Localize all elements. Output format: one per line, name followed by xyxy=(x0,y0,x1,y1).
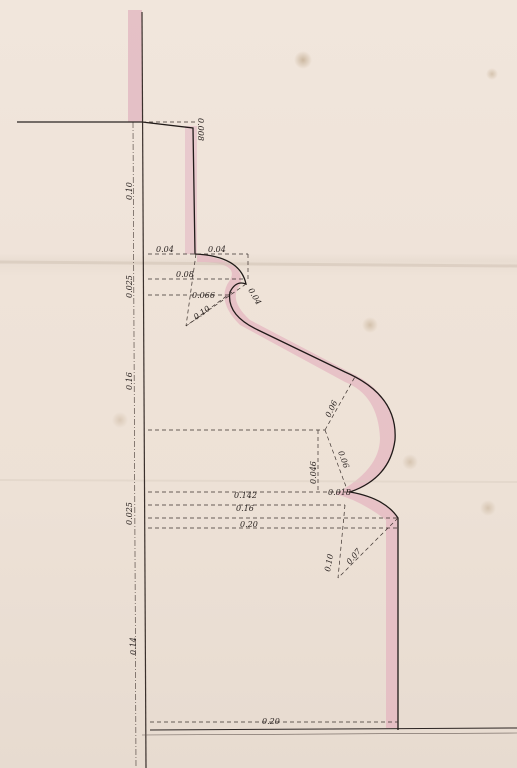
dim-ovolo-height: 0.046 xyxy=(309,461,318,484)
molding-profile-drawing: 0.008 0.10 0.04 0.04 0.08 0.066 0.025 0.… xyxy=(0,0,517,768)
dim-top-offset: 0.008 xyxy=(196,118,205,141)
dim-main-height: 0.16 xyxy=(125,372,134,390)
reference-lines xyxy=(17,12,517,768)
dim-small-radius: 0.04 xyxy=(246,287,263,307)
fold-line xyxy=(0,480,517,482)
dim-base-width: 0.20 xyxy=(262,717,280,726)
dim-width-3: 0.20 xyxy=(240,520,258,529)
dim-projection-d: 0.066 xyxy=(192,291,215,300)
dim-fillet-height: 0.10 xyxy=(125,182,134,200)
dim-step-offset: 0.018 xyxy=(328,488,351,497)
dim-projection-a: 0.04 xyxy=(156,245,174,254)
drawing-sheet: 0.008 0.10 0.04 0.04 0.08 0.066 0.025 0.… xyxy=(0,0,517,768)
dim-width-2: 0.16 xyxy=(236,504,254,513)
dim-base-height: 0.14 xyxy=(129,637,138,655)
dim-radius-long: 0.10 xyxy=(192,304,212,322)
dim-cove-r2: 0.07 xyxy=(345,546,364,566)
dim-lower-height: 0.025 xyxy=(125,502,134,525)
dim-cove-r1: 0.10 xyxy=(323,553,335,572)
dim-projection-b: 0.04 xyxy=(208,245,226,254)
profile-outline xyxy=(142,122,398,730)
dimension-labels: 0.008 0.10 0.04 0.04 0.08 0.066 0.025 0.… xyxy=(125,118,364,726)
dim-projection-c: 0.08 xyxy=(176,270,194,279)
dim-small-height: 0.025 xyxy=(125,275,134,298)
dim-width-1: 0.142 xyxy=(234,491,257,500)
fold-line xyxy=(0,262,517,266)
dimension-lines xyxy=(142,122,398,722)
pink-wash xyxy=(128,10,398,728)
